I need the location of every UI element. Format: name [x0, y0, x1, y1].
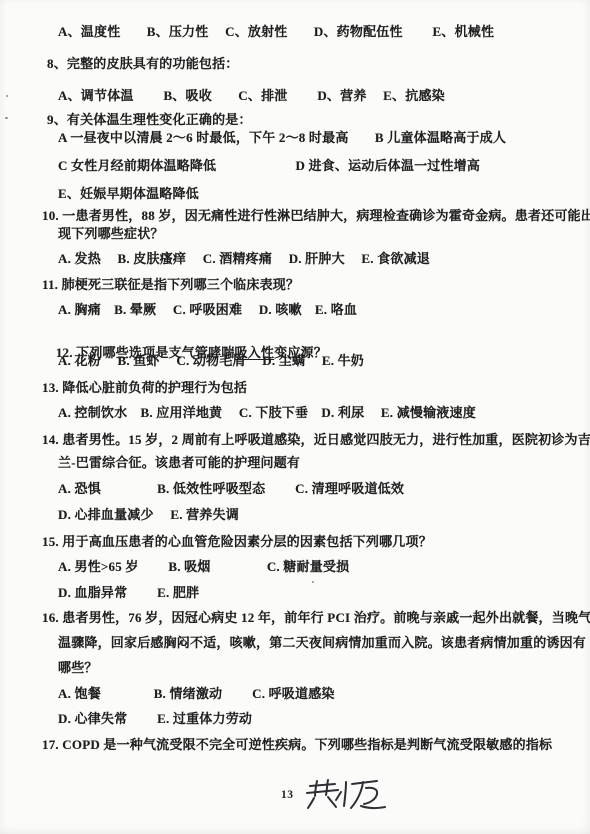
question-9-options-ab: A 一昼夜中以清晨 2～6 时最低，下午 2～8 时最高 B 儿童体温略高于成人 [58, 129, 506, 146]
question-10-options: A. 发热 B. 皮肤瘙痒 C. 酒精疼痛 D. 肝肿大 E. 食欲减退 [58, 250, 430, 267]
question-14-options-row-1: A. 恐惧 B. 低效性呼吸型态 C. 清理呼吸道低效 [58, 480, 404, 497]
question-14-options-row-2: D. 心排血量减少 E. 营养失调 [58, 506, 239, 523]
question-16-header-line-1: 16. 患者男性，76 岁，因冠心病史 12 年，前年行 PCI 治疗。前晚与亲… [42, 609, 590, 626]
question-8-header: 8、完整的皮肤具有的功能包括： [47, 55, 239, 72]
question-16-options-row-1: A. 饱餐 B. 情绪激动 C. 呼吸道感染 [58, 685, 335, 702]
question-15-options-row-2: D. 血脂异常 E. 肥胖 [58, 584, 199, 601]
scan-speck [312, 581, 314, 583]
question-10-header-line-2: 现下列哪些症状？ [58, 225, 164, 242]
handwritten-signature: 共顺 [306, 777, 388, 818]
question-9-option-e: E、妊娠早期体温略降低 [58, 185, 199, 202]
question-13-header: 13. 降低心脏前负荷的护理行为包括 [42, 379, 247, 396]
question-14-header-line-2: 兰-巴雷综合征。该患者可能的护理问题有 [58, 454, 300, 471]
scanned-exam-document-page: A、温度性 B、压力性 C、放射性 D、药物配伍性 E、机械性 8、完整的皮肤具… [0, 0, 590, 834]
question-9-header: 9、有关体温生理性变化正确的是： [47, 111, 252, 128]
scan-speck [5, 117, 8, 119]
question-12-options: A. 花粉 B. 鱼虾 C. 动物毛屑 D. 尘螨 E. 牛奶 [58, 352, 364, 369]
scan-speck [6, 95, 8, 97]
page-number: 13 [281, 789, 294, 801]
question-7-options-line: A、温度性 B、压力性 C、放射性 D、药物配伍性 E、机械性 [58, 23, 494, 40]
question-9-options-cd: C 女性月经前期体温略降低 D 进食、运动后体温一过性增高 [58, 157, 480, 174]
question-16-options-row-2: D. 心律失常 E. 过重体力劳动 [58, 710, 252, 727]
question-15-header: 15. 用于高血压患者的心血管危险因素分层的因素包括下列哪几项？ [42, 533, 432, 550]
question-8-options: A、调节体温 B、吸收 C、排泄 D、营养 E、抗感染 [58, 87, 445, 104]
question-17-header: 17. COPD 是一种气流受限不完全可逆性疾病。下列哪些指标是判断气流受限敏感… [42, 736, 552, 753]
question-15-options-row-1: A. 男性>65 岁 B. 吸烟 C. 糖耐量受损 [58, 558, 349, 575]
question-16-header-line-2: 温骤降，回家后感胸闷不适，咳嗽，第二天夜间病情加重而入院。该患者病情加重的诱因有 [58, 634, 586, 651]
question-11-header: 11. 肺梗死三联征是指下列哪三个临床表现？ [42, 276, 299, 293]
question-16-header-line-3: 哪些？ [58, 659, 98, 676]
question-11-options: A. 胸痛 B. 晕厥 C. 呼吸困难 D. 咳嗽 E. 咯血 [58, 301, 357, 318]
signature-strokes-icon [306, 777, 388, 813]
question-10-header-line-1: 10. 一患者男性，88 岁，因无痛性进行性淋巴结肿大，病理检查确诊为霍奇金病。… [42, 207, 590, 224]
question-13-options: A. 控制饮水 B. 应用洋地黄 C. 下肢下垂 D. 利尿 E. 减慢输液速度 [58, 404, 476, 421]
question-14-header-line-1: 14. 患者男性。15 岁，2 周前有上呼吸道感染，近日感觉四肢无力，进行性加重… [42, 431, 590, 448]
